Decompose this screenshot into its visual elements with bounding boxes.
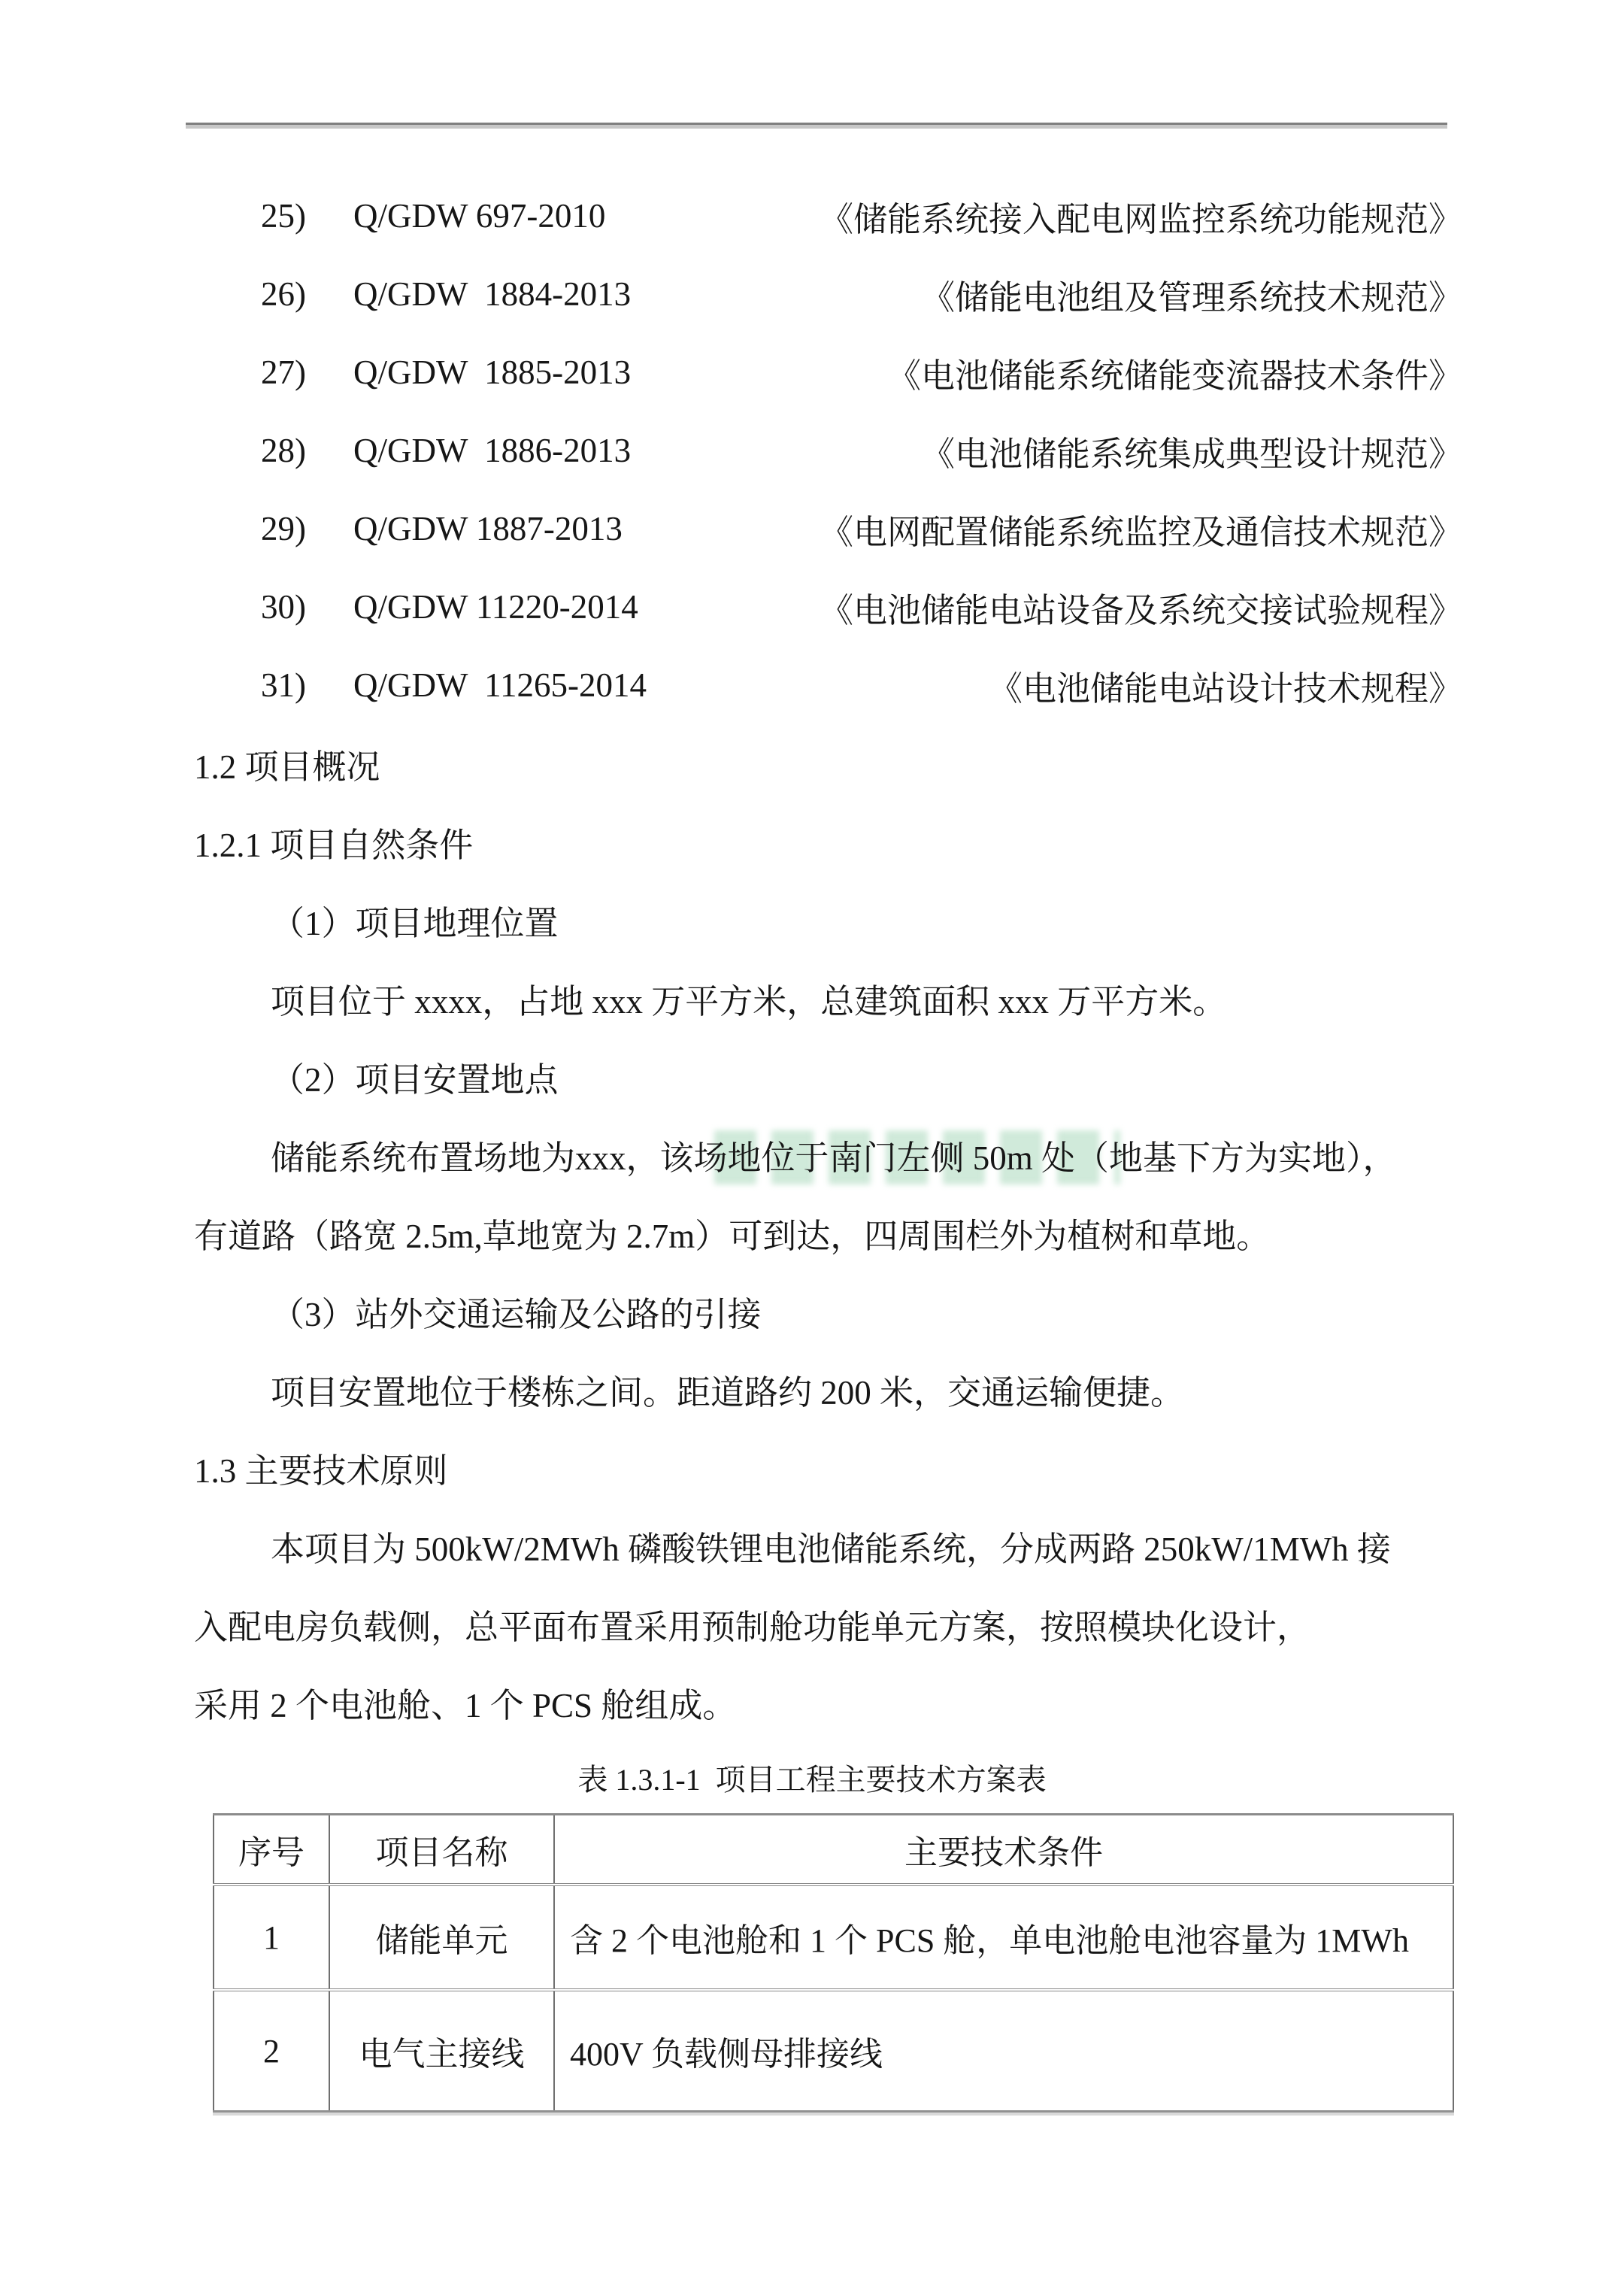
standard-title: 《电池储能电站设备及系统交接试验规程》 — [820, 583, 1462, 632]
standard-code: Q/GDW 1886-2013 — [353, 431, 631, 470]
table-header-row: 序号 项目名称 主要技术条件 — [214, 1815, 1453, 1885]
table-cell-name: 电气主接线 — [329, 1990, 554, 2112]
header-rule-line — [186, 123, 1447, 129]
standard-code: Q/GDW 1887-2013 — [353, 509, 623, 548]
section-heading-1-2: 1.2 项目概况 — [0, 724, 1624, 802]
standard-index: 29) — [261, 509, 353, 548]
paragraph-geo: 项目位于 xxxx，占地 xxx 万平方米，总建筑面积 xxx 万平方米。 — [0, 959, 1624, 1037]
document-page: 25) Q/GDW 697-2010 《储能系统接入配电网监控系统功能规范》 2… — [0, 0, 1624, 2293]
standard-code: Q/GDW 697-2010 — [353, 196, 605, 235]
table-cell-desc: 400V 负载侧母排接线 — [554, 1990, 1453, 2112]
standard-code: Q/GDW 1884-2013 — [353, 274, 631, 314]
paragraph-traffic: 项目安置地位于楼栋之间。距道路约 200 米，交通运输便捷。 — [0, 1350, 1624, 1428]
standard-title: 《电池储能系统储能变流器技术条件》 — [887, 348, 1462, 397]
paragraph-site-line1: 储能系统布置场地为xxx，该场地位于南门左侧 50m 处（地基下方为实地）， — [0, 1115, 1624, 1194]
table-cell-no: 2 — [214, 1990, 329, 2112]
table-header-condition: 主要技术条件 — [554, 1815, 1453, 1885]
table-row: 2 电气主接线 400V 负载侧母排接线 — [214, 1990, 1453, 2112]
standard-title: 《电网配置储能系统监控及通信技术规范》 — [820, 505, 1462, 554]
standard-item-29: 29) Q/GDW 1887-2013 《电网配置储能系统监控及通信技术规范》 — [0, 490, 1624, 568]
table-cell-no: 1 — [214, 1885, 329, 1990]
paragraph-1-3-line1: 本项目为 500kW/2MWh 磷酸铁锂电池储能系统，分成两路 250kW/1M… — [0, 1506, 1624, 1585]
standard-index: 27) — [261, 353, 353, 392]
standard-code: Q/GDW 1885-2013 — [353, 353, 631, 392]
standard-index: 30) — [261, 587, 353, 626]
paragraph-1-3-line2: 入配电房负载侧，总平面布置采用预制舱功能单元方案，按照模块化设计， — [0, 1585, 1624, 1663]
subsection-title-geo: （1）项目地理位置 — [0, 881, 1624, 959]
section-heading-1-3: 1.3 主要技术原则 — [0, 1428, 1624, 1506]
standard-index: 31) — [261, 666, 353, 705]
standard-title: 《储能系统接入配电网监控系统功能规范》 — [820, 192, 1462, 241]
section-heading-1-2-1: 1.2.1 项目自然条件 — [0, 802, 1624, 881]
standard-index: 25) — [261, 196, 353, 235]
standard-item-27: 27) Q/GDW 1885-2013 《电池储能系统储能变流器技术条件》 — [0, 333, 1624, 411]
table-header-name: 项目名称 — [329, 1815, 554, 1885]
table-caption: 表 1.3.1-1 项目工程主要技术方案表 — [0, 1741, 1624, 1813]
standard-title: 《储能电池组及管理系统技术规范》 — [921, 270, 1462, 319]
table-header-no: 序号 — [214, 1815, 329, 1885]
standard-title: 《电池储能系统集成典型设计规范》 — [921, 426, 1462, 475]
paragraph-site-line2: 有道路（路宽 2.5m,草地宽为 2.7m）可到达，四周围栏外为植树和草地。 — [0, 1194, 1624, 1272]
table-cell-desc: 含 2 个电池舱和 1 个 PCS 舱，单电池舱电池容量为 1MWh — [554, 1885, 1453, 1990]
standard-title: 《电池储能电站设计技术规程》 — [989, 661, 1462, 710]
document-content: 25) Q/GDW 697-2010 《储能系统接入配电网监控系统功能规范》 2… — [0, 177, 1624, 2113]
table-cell-name: 储能单元 — [329, 1885, 554, 1990]
standard-item-26: 26) Q/GDW 1884-2013 《储能电池组及管理系统技术规范》 — [0, 255, 1624, 333]
table-row: 1 储能单元 含 2 个电池舱和 1 个 PCS 舱，单电池舱电池容量为 1MW… — [214, 1885, 1453, 1990]
subsection-title-site: （2）项目安置地点 — [0, 1037, 1624, 1115]
standard-index: 28) — [261, 431, 353, 470]
standard-code: Q/GDW 11265-2014 — [353, 666, 647, 705]
standard-item-28: 28) Q/GDW 1886-2013 《电池储能系统集成典型设计规范》 — [0, 411, 1624, 490]
standard-item-31: 31) Q/GDW 11265-2014 《电池储能电站设计技术规程》 — [0, 646, 1624, 724]
spec-table: 序号 项目名称 主要技术条件 1 储能单元 含 2 个电池舱和 1 个 PCS … — [213, 1813, 1454, 2113]
paragraph-1-3-line3: 采用 2 个电池舱、1 个 PCS 舱组成。 — [0, 1663, 1624, 1741]
standard-index: 26) — [261, 274, 353, 314]
standard-code: Q/GDW 11220-2014 — [353, 587, 638, 626]
subsection-title-traffic: （3）站外交通运输及公路的引接 — [0, 1272, 1624, 1350]
standard-item-30: 30) Q/GDW 11220-2014 《电池储能电站设备及系统交接试验规程》 — [0, 568, 1624, 646]
standard-item-25: 25) Q/GDW 697-2010 《储能系统接入配电网监控系统功能规范》 — [0, 177, 1624, 255]
